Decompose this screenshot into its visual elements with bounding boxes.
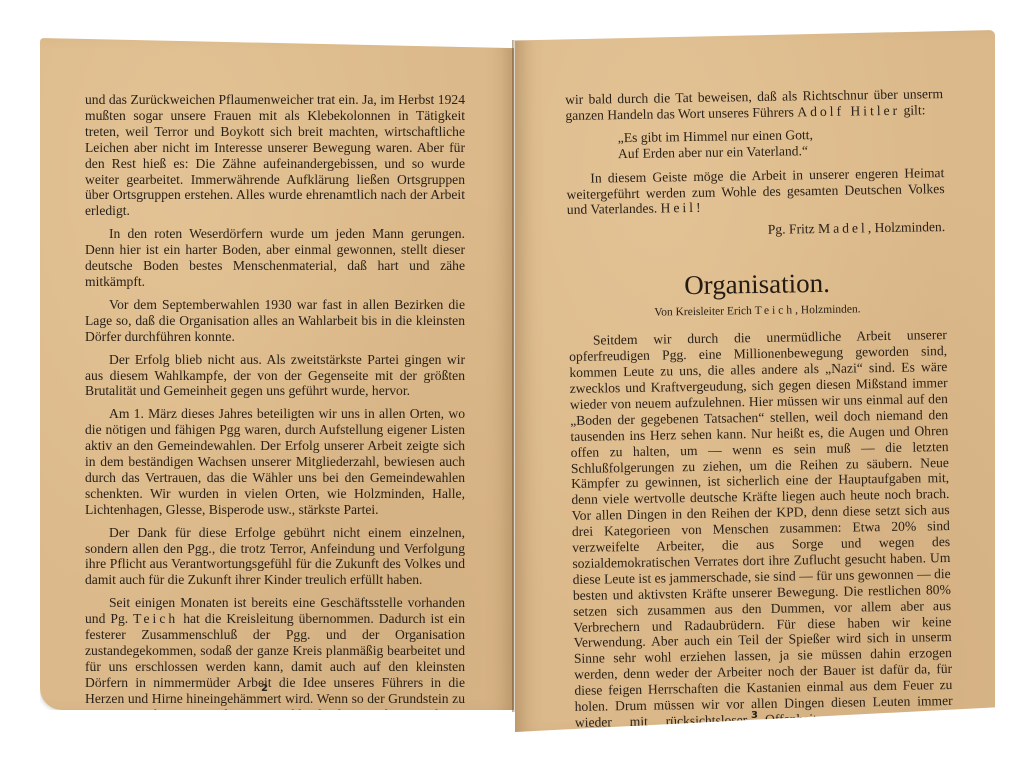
paragraph: In den roten Weserdörfern wurde um jeden… (85, 226, 465, 290)
paragraph: Seit einigen Monaten ist bereits eine Ge… (85, 595, 465, 722)
byline: Von Kreisleiter Erich Teich, Holzminden. (568, 301, 946, 321)
byline-name: Teich (755, 305, 796, 318)
quotation: „Es gibt im Himmel nur einen Gott, Auf E… (618, 125, 944, 162)
book-spine (512, 40, 515, 712)
text-run: In diesem Geiste möge die Arbeit in unse… (566, 165, 944, 218)
signature: Pg. Fritz Madel, Holzminden. (567, 219, 945, 241)
paragraph: Der Dank für diese Erfolge gebührt nicht… (85, 525, 465, 589)
text-run: hat die Kreisleitung übernommen. Dadurch… (85, 611, 465, 721)
byline-prefix: Von Kreisleiter Erich (654, 305, 752, 319)
right-page-text: wir bald durch die Tat beweisen, daß als… (565, 86, 953, 754)
signature-suffix: , Holzminden. (868, 219, 946, 235)
byline-suffix: , Holzminden. (795, 304, 861, 317)
author-name: Teich (133, 611, 178, 626)
paragraph: Seitdem wir durch die unermüdliche Arbei… (569, 327, 953, 746)
signature-prefix: Pg. Fritz (768, 221, 815, 237)
open-booklet: und das Zurückweichen Pflaumenweicher tr… (0, 0, 1024, 768)
left-page: und das Zurückweichen Pflaumenweicher tr… (40, 38, 514, 710)
paragraph: wir bald durch die Tat beweisen, daß als… (565, 86, 943, 124)
right-page: wir bald durch die Tat beweisen, daß als… (515, 30, 995, 732)
paragraph: Der Erfolg blieb nicht aus. Als zweitstä… (85, 352, 465, 400)
leader-name: Adolf Hitler (797, 103, 900, 120)
page-number: 2 (261, 683, 268, 694)
signature-name: Madel (818, 221, 868, 237)
closing-word: Heil! (660, 200, 703, 216)
paragraph: Vor dem Septemberwahlen 1930 war fast in… (85, 297, 465, 345)
paragraph: In diesem Geiste möge die Arbeit in unse… (566, 165, 945, 219)
paragraph: und das Zurückweichen Pflaumenweicher tr… (85, 92, 465, 219)
paragraph: Am 1. März dieses Jahres beteiligten wir… (85, 406, 465, 517)
text-run: gilt: (903, 102, 925, 117)
page-number: 3 (751, 710, 758, 721)
left-page-text: und das Zurückweichen Pflaumenweicher tr… (85, 92, 465, 730)
section-title: Organisation. (568, 265, 946, 303)
